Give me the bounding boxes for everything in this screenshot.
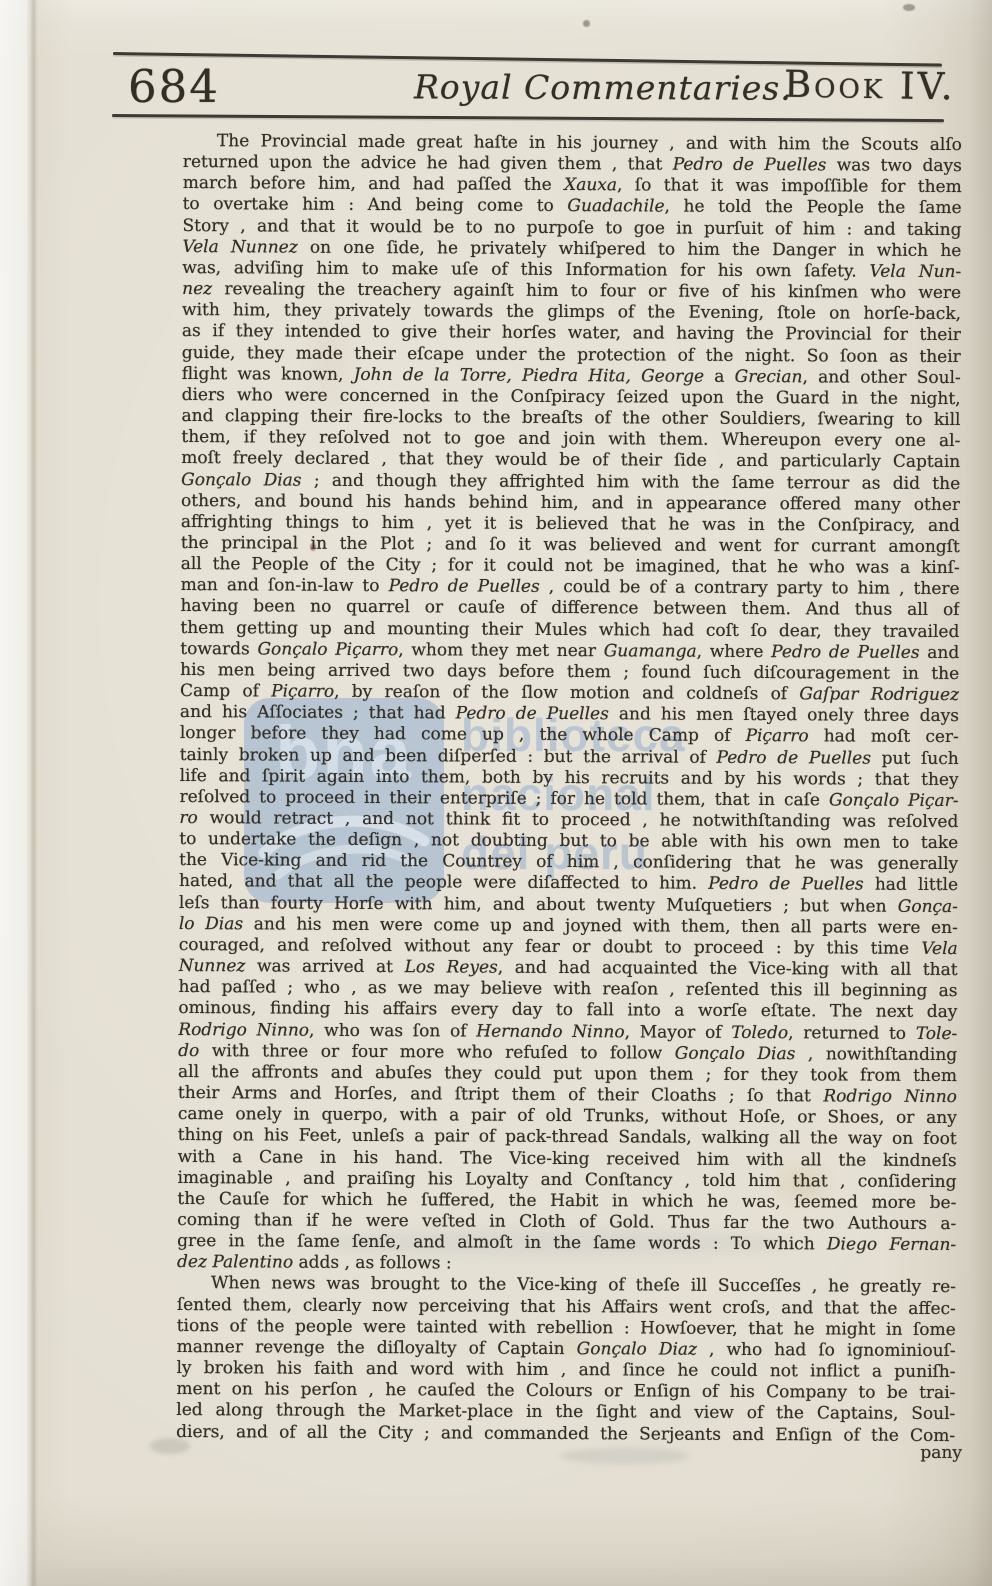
header-rule-bottom — [112, 114, 944, 122]
running-title: Royal Commentaries. — [414, 67, 792, 107]
book-page-scan: 684 Royal Commentaries. Book IV. bna bib… — [0, 0, 992, 1586]
ink-speck — [583, 20, 590, 27]
catchword: pany — [920, 1443, 962, 1463]
catchword-row: pany — [183, 1439, 962, 1464]
ink-speck — [903, 4, 915, 11]
page-number: 684 — [128, 60, 220, 113]
text-column: The Provincial made great haſte in his j… — [176, 131, 962, 1447]
paragraph: When news was brought to the Vice-king o… — [176, 1273, 956, 1446]
page-edge-line — [33, 0, 35, 1586]
book-label: Book IV. — [784, 63, 956, 109]
paragraph: The Provincial made great haſte in his j… — [177, 131, 962, 1278]
